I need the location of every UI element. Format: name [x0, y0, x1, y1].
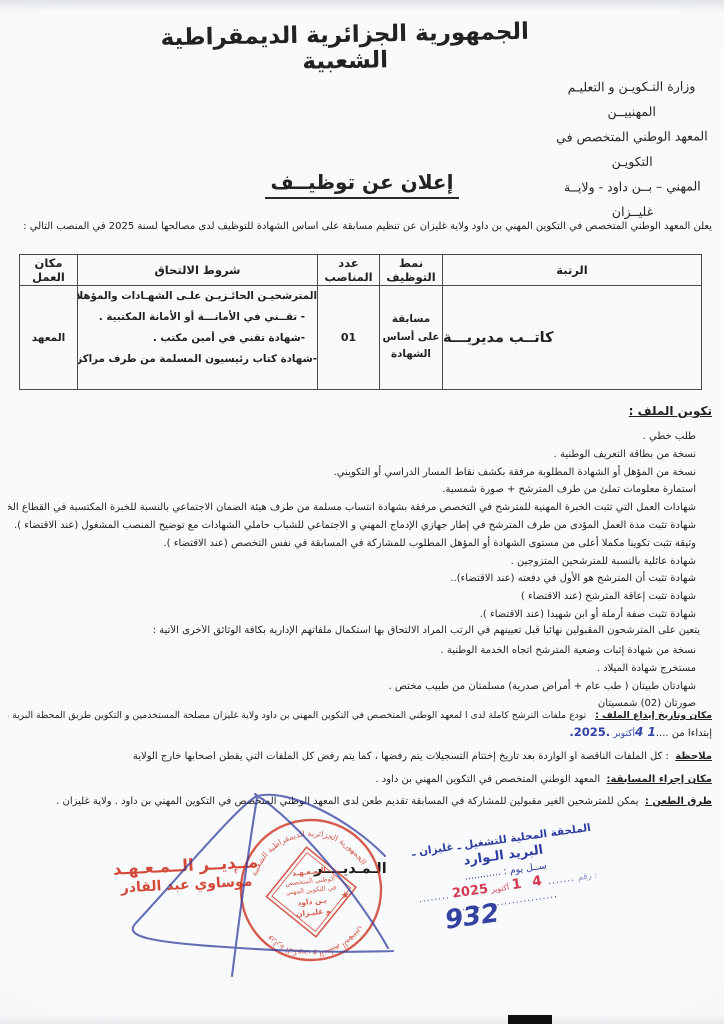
col-header-positions: عدد المناصب	[318, 255, 380, 286]
col-header-rank: الرتبة	[443, 255, 702, 286]
file-section-title: تكوين الملف :	[629, 404, 712, 418]
remark-label: ملاحظة	[675, 751, 712, 762]
registry-number-handwritten: 932	[443, 898, 501, 935]
signature-scribble	[105, 778, 405, 983]
venue-label: مكان إجراء المسابقة:	[607, 774, 713, 785]
venue-text: المعهد الوطني المتخصص في التكوين المهني …	[375, 774, 600, 785]
list-item: شهادات العمل التي تثبت الخبرة المهنية لل…	[8, 499, 696, 517]
table-row: كاتــب مديريـــة مسابقة على أساس الشهادة…	[20, 286, 702, 390]
redaction-mark	[508, 1015, 552, 1024]
stamped-month: أكتوبر	[613, 729, 635, 739]
list-item: شهادة تثبت إعاقة المترشح (عند الاقتضاء )	[8, 588, 696, 606]
final-admission-note: يتعين على المترشحون المقبولين نهائيا قبل…	[8, 625, 700, 636]
ministry-line: وزارة التـكويـن و التعليـم المهنييــن	[547, 73, 715, 124]
list-item: طلب خطي .	[8, 428, 696, 446]
workplace-cell: المعهد	[20, 286, 78, 390]
republic-title: الجمهورية الجزائرية الديمقراطية الشعبية	[120, 18, 571, 78]
appeal-label: طرق الطعن :	[645, 796, 712, 807]
list-item: استمارة معلومات تملئ من طرف المترشح + صو…	[8, 481, 696, 499]
date-stamp-year: 2025	[451, 882, 489, 902]
stamped-year: .2025.	[569, 725, 610, 739]
deposit-start-date-line: إبتداءا من ....1 4أكتوبر .2025.	[8, 725, 712, 739]
list-item: شهادة تثبت صفة أرملة أو ابن شهيدا (عند ا…	[8, 606, 696, 624]
col-header-mode: نمط التوظيف	[380, 255, 443, 286]
announcement-title-wrap: إعلان عن توظيــف	[0, 170, 724, 199]
date-stamp-month: أكتوبر	[491, 883, 510, 894]
col-header-workplace: مكان العمل	[20, 255, 78, 286]
condition-line: -شهادة تقني في أمين مكتب .	[78, 328, 317, 349]
dotted-leader: .......	[547, 873, 575, 887]
list-item: نسخة من شهادة إثبات وضعية المترشح اتجاه …	[8, 642, 696, 660]
conditions-cell: المترشحيـن الحائـزيـن علـى الشهـادات وال…	[78, 286, 318, 390]
mode-cell: مسابقة على أساس الشهادة	[380, 286, 443, 390]
recruitment-table: الرتبة نمط التوظيف عدد المناصب شروط الال…	[19, 254, 702, 390]
required-documents-list: طلب خطي . نسخة من بطاقة التعريف الوطنية …	[8, 428, 708, 624]
remark-text: : كل الملفات الناقصة أو الواردة بعد تاري…	[133, 751, 669, 762]
list-item: شهادة عائلية بالنسبة للمترشحين المتزوجين…	[8, 553, 696, 571]
deposit-section: مكان وتاريخ إيداع الملف : تودع ملفات الت…	[8, 710, 712, 739]
deposit-date-prefix: إبتداءا من ....	[656, 728, 712, 739]
additional-documents-list: نسخة من شهادة إثبات وضعية المترشح اتجاه …	[8, 642, 708, 713]
date-stamp-day: 1 4	[511, 873, 546, 893]
registry-number-label: رقم :	[577, 870, 598, 883]
issuing-organization: وزارة التـكويـن و التعليـم المهنييــن ال…	[547, 73, 716, 224]
list-item: شهادة تثبت أن المترشح هو الأول في دفعته …	[8, 570, 696, 588]
deposit-label: مكان وتاريخ إيداع الملف :	[595, 710, 712, 721]
remark-line: ملاحظة : كل الملفات الناقصة أو الواردة ب…	[8, 751, 712, 762]
list-item: شهادة تثبت مدة العمل المؤدى من طرف المتر…	[8, 517, 696, 535]
condition-line: المترشحيـن الحائـزيـن علـى الشهـادات وال…	[78, 286, 317, 307]
col-header-conditions: شروط الالتحاق	[78, 255, 318, 286]
list-item: نسخة من بطاقة التعريف الوطنية .	[8, 446, 696, 464]
condition-line: -شهادة كتاب رئيسيون المسلمة من طرف مراكز…	[78, 349, 317, 370]
table-header-row: الرتبة نمط التوظيف عدد المناصب شروط الال…	[20, 255, 702, 286]
rank-cell: كاتــب مديريـــة	[443, 286, 702, 390]
list-item: وثيقة تثبت تكوينا مكملا أعلى من مستوى ال…	[8, 535, 696, 553]
registry-stamp-block: الملحقة المحلية للتشغيل ـ غليزان ـ البري…	[394, 819, 617, 921]
announcement-title: إعلان عن توظيــف	[265, 170, 460, 199]
list-item: مستخرج شهادة الميلاد .	[8, 660, 696, 678]
deposit-text: تودع ملفات الترشح كاملة لدى ا لمعهد الوط…	[8, 710, 586, 721]
positions-cell: 01	[318, 286, 380, 390]
list-item: شهادتان طبيتان ( طب عام + أمراض صدرية) م…	[8, 678, 696, 696]
deposit-line: مكان وتاريخ إيداع الملف : تودع ملفات الت…	[8, 710, 712, 721]
scanned-document-page: الجمهورية الجزائرية الديمقراطية الشعبية …	[0, 0, 724, 1024]
list-item: نسخة من المؤهل أو الشهادة المطلوبة مرفقة…	[8, 464, 696, 482]
condition-line: - تقــني في الأمانـــة أو الأمانة المكتب…	[78, 307, 317, 328]
intro-paragraph: يعلن المعهد الوطني المتخصص في التكوين ال…	[10, 221, 712, 232]
dotted-leader: ........	[418, 891, 450, 905]
handwritten-day: 1 4	[635, 725, 656, 739]
institute-line-1: المعهد الوطني المتخصص في التكويـن	[548, 123, 716, 174]
